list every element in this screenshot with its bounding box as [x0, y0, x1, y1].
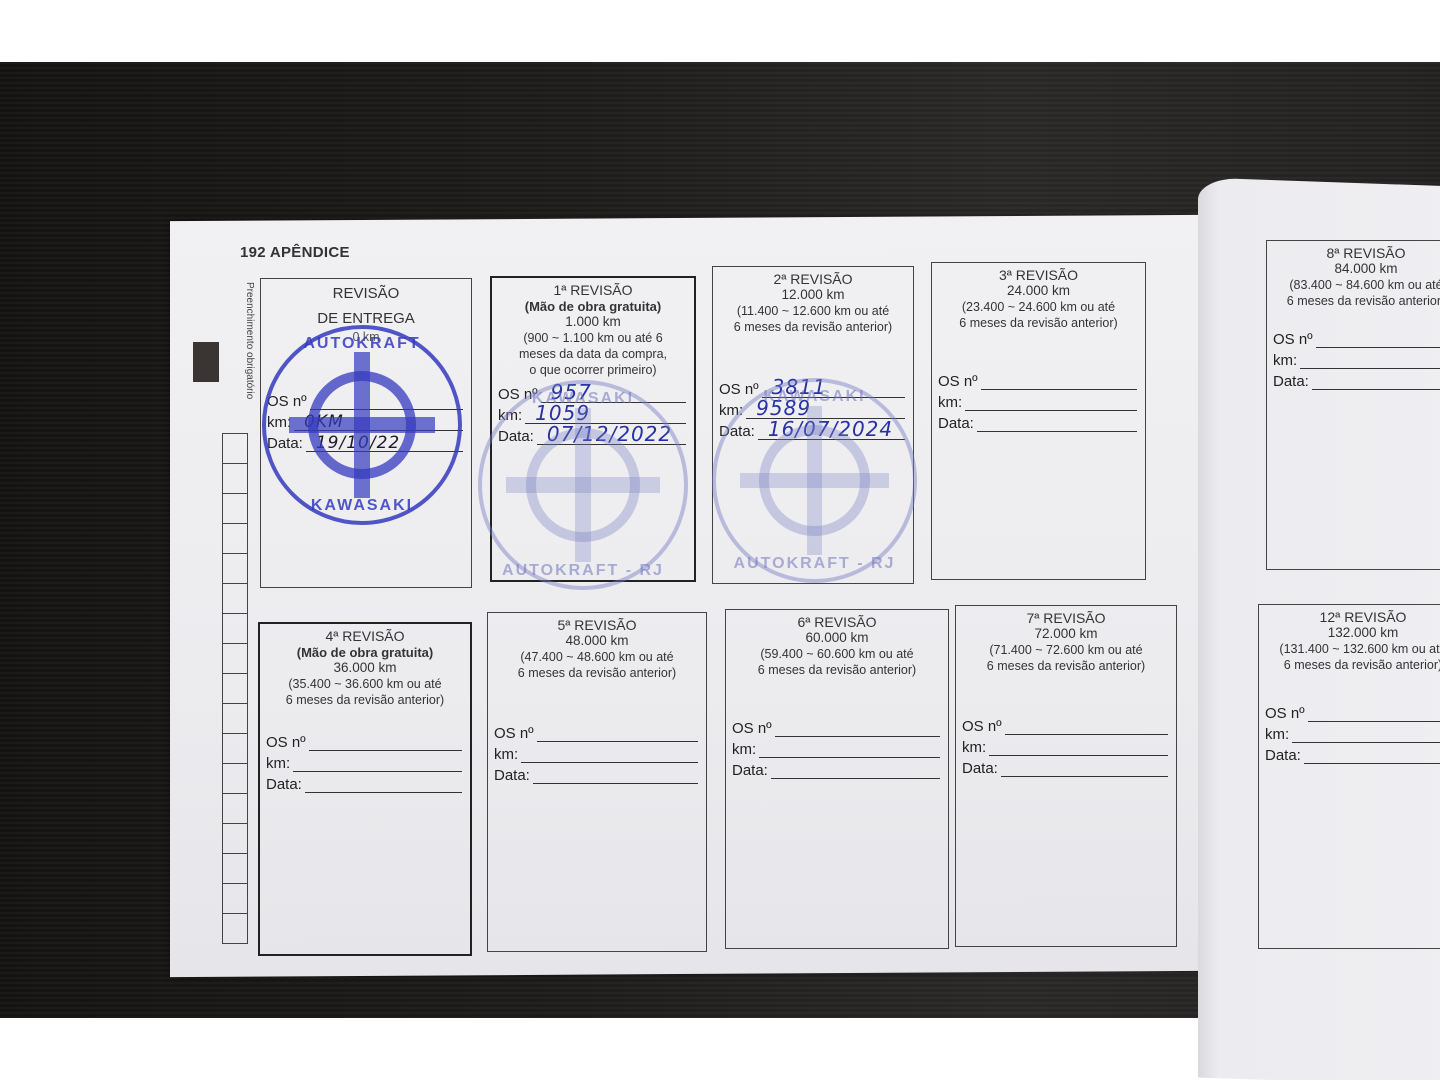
km-label: km: [962, 739, 986, 756]
revision-fields: OS nº km: Data: [938, 369, 1137, 432]
mandatory-checkbox[interactable] [222, 583, 248, 614]
os-input[interactable] [1316, 333, 1440, 348]
labor-note: (Mão de obra gratuita) [260, 645, 470, 660]
km-label: km: [719, 402, 743, 419]
page-tab-marker [193, 342, 219, 382]
revision-condition: (900 ~ 1.100 km ou até 6 [492, 330, 694, 346]
km-label: km: [1265, 726, 1289, 743]
mandatory-checkbox[interactable] [222, 883, 248, 914]
date-input[interactable] [977, 417, 1137, 432]
mandatory-checkbox[interactable] [222, 523, 248, 554]
revision-title: 7ª REVISÃO [956, 610, 1176, 626]
os-input[interactable] [537, 727, 698, 742]
revision-fields: OS nº km: Data: [962, 714, 1168, 777]
km-field[interactable]: km: [962, 735, 1168, 756]
os-label: OS nº [719, 381, 759, 398]
mandatory-checkbox[interactable] [222, 673, 248, 704]
os-label: OS nº [1265, 705, 1305, 722]
os-field[interactable]: OS nº [1273, 327, 1440, 348]
revision-fields: OS nº km: Data: [1265, 701, 1440, 764]
km-label: km: [498, 407, 522, 424]
os-input[interactable] [981, 375, 1137, 390]
km-input[interactable] [965, 396, 1137, 411]
date-input[interactable] [305, 778, 462, 793]
date-input[interactable] [1312, 375, 1440, 390]
checkbox-column [222, 434, 248, 944]
revision-condition: 6 meses da revisão anterior) [1259, 657, 1440, 673]
os-label: OS nº [938, 373, 978, 390]
date-field[interactable]: Data: [494, 763, 698, 784]
os-label: OS nº [1273, 331, 1313, 348]
os-label: OS nº [266, 734, 306, 751]
revision-box-entrega: REVISÃODE ENTREGA0 km OS nº km:0KM Data:… [260, 278, 472, 588]
mandatory-checkbox[interactable] [222, 493, 248, 524]
km-input[interactable] [1300, 354, 1440, 369]
date-label: Data: [962, 760, 998, 777]
mandatory-checkbox[interactable] [222, 703, 248, 734]
os-input[interactable] [309, 736, 462, 751]
mandatory-checkbox[interactable] [222, 763, 248, 794]
km-field[interactable]: km:1059 [498, 403, 686, 424]
os-field[interactable]: OS nº [962, 714, 1168, 735]
revision-box-rev-6: 6ª REVISÃO60.000 km(59.400 ~ 60.600 km o… [725, 609, 949, 949]
mandatory-checkbox[interactable] [222, 643, 248, 674]
revision-fields: OS nº km:0KM Data:19/10/22 [267, 389, 463, 452]
date-input[interactable] [533, 769, 698, 784]
revision-box-rev-4: 4ª REVISÃO(Mão de obra gratuita)36.000 k… [258, 622, 472, 956]
revision-km: 36.000 km [260, 660, 470, 676]
km-field[interactable]: km: [938, 390, 1137, 411]
date-field[interactable]: Data: [1265, 743, 1440, 764]
date-input[interactable] [1001, 762, 1168, 777]
revision-condition: (23.400 ~ 24.600 km ou até [932, 299, 1145, 315]
section-title: APÊNDICE [270, 244, 350, 261]
date-label: Data: [732, 762, 768, 779]
revision-box-rev-5: 5ª REVISÃO48.000 km(47.400 ~ 48.600 km o… [487, 612, 707, 952]
date-label: Data: [266, 776, 302, 793]
revision-title: 4ª REVISÃO [260, 628, 470, 644]
km-label: km: [494, 746, 518, 763]
date-field[interactable]: Data: [962, 756, 1168, 777]
revision-fields: OS nº3811 km:9589 Data:16/07/2024 [719, 377, 905, 440]
os-field[interactable]: OS nº3811 [719, 377, 905, 398]
revision-condition: 6 meses da revisão anterior) [713, 319, 913, 335]
date-label: Data: [267, 435, 303, 452]
revision-condition: 6 meses da revisão anterior) [956, 658, 1176, 674]
revision-km: 48.000 km [488, 633, 706, 649]
km-label: km: [266, 755, 290, 772]
km-field[interactable]: km:9589 [719, 398, 905, 419]
mandatory-checkbox[interactable] [222, 463, 248, 494]
revision-title: 1ª REVISÃO [492, 282, 694, 298]
date-label: Data: [498, 428, 534, 445]
os-field[interactable]: OS nº [732, 716, 940, 737]
km-input[interactable] [521, 748, 698, 763]
km-field[interactable]: km: [494, 742, 698, 763]
date-field[interactable]: Data: [938, 411, 1137, 432]
mandatory-checkbox[interactable] [222, 733, 248, 764]
date-input[interactable] [771, 764, 940, 779]
date-value: 16/07/2024 [768, 417, 893, 441]
date-field[interactable]: Data: [732, 758, 940, 779]
revision-box-rev-2: 2ª REVISÃO12.000 km(11.400 ~ 12.600 km o… [712, 266, 914, 584]
revision-title: 6ª REVISÃO [726, 614, 948, 630]
date-label: Data: [1273, 373, 1309, 390]
date-label: Data: [1265, 747, 1301, 764]
km-label: km: [1273, 352, 1297, 369]
os-field[interactable]: OS nº [266, 730, 462, 751]
revision-fields: OS nº km: Data: [732, 716, 940, 779]
date-label: Data: [938, 415, 974, 432]
os-input[interactable] [310, 395, 463, 410]
date-value: 07/12/2022 [547, 422, 672, 446]
mandatory-label: Preenchimento obrigatório [244, 282, 255, 399]
revision-box-rev-3: 3ª REVISÃO24.000 km(23.400 ~ 24.600 km o… [931, 262, 1146, 580]
revision-km: 1.000 km [492, 314, 694, 330]
km-label: km: [938, 394, 962, 411]
km-input[interactable]: 0KM [294, 416, 463, 431]
date-field[interactable]: Data:19/10/22 [267, 431, 463, 452]
km-input[interactable] [1292, 728, 1440, 743]
date-label: Data: [494, 767, 530, 784]
km-field[interactable]: km:0KM [267, 410, 463, 431]
km-field[interactable]: km: [1273, 348, 1440, 369]
km-field[interactable]: km: [732, 737, 940, 758]
km-input[interactable] [293, 757, 462, 772]
date-field[interactable]: Data:16/07/2024 [719, 419, 905, 440]
mandatory-checkbox[interactable] [222, 433, 248, 464]
date-field[interactable]: Data: [1273, 369, 1440, 390]
date-input[interactable]: 07/12/2022 [537, 430, 686, 445]
revision-title: 3ª REVISÃO [932, 267, 1145, 283]
km-input[interactable] [989, 741, 1168, 756]
revision-title: 8ª REVISÃO [1267, 245, 1440, 261]
os-input[interactable] [1005, 720, 1168, 735]
os-field[interactable]: OS nº957 [498, 382, 686, 403]
revision-fields: OS nº km: Data: [266, 730, 462, 793]
mandatory-checkbox[interactable] [222, 793, 248, 824]
os-label: OS nº [732, 720, 772, 737]
mandatory-checkbox[interactable] [222, 613, 248, 644]
revision-fields: OS nº km: Data: [1273, 327, 1440, 390]
revision-fields: OS nº957 km:1059 Data:07/12/2022 [498, 382, 686, 445]
mandatory-checkbox[interactable] [222, 853, 248, 884]
revision-title: REVISÃO [261, 283, 471, 304]
revision-condition: (59.400 ~ 60.600 km ou até [726, 646, 948, 662]
revision-condition: 6 meses da revisão anterior) [1267, 293, 1440, 309]
revision-condition: (131.400 ~ 132.600 km ou até [1259, 641, 1440, 657]
revision-km: 0 km [261, 329, 471, 345]
revision-condition: (35.400 ~ 36.600 km ou até [260, 676, 470, 692]
revision-box-rev-12: 12ª REVISÃO132.000 km(131.400 ~ 132.600 … [1258, 604, 1440, 949]
date-input[interactable]: 19/10/22 [306, 437, 463, 452]
mandatory-checkbox[interactable] [222, 913, 248, 944]
os-field[interactable]: OS nº [267, 389, 463, 410]
revision-title: 12ª REVISÃO [1259, 609, 1440, 625]
date-input[interactable] [1304, 749, 1440, 764]
revision-condition: 6 meses da revisão anterior) [932, 315, 1145, 331]
os-input[interactable] [1308, 707, 1440, 722]
os-label: OS nº [962, 718, 1002, 735]
km-label: km: [732, 741, 756, 758]
revision-condition: o que ocorrer primeiro) [492, 362, 694, 378]
revision-title: 2ª REVISÃO [713, 271, 913, 287]
revision-condition: (11.400 ~ 12.600 km ou até [713, 303, 913, 319]
date-value: 19/10/22 [316, 433, 400, 453]
os-field[interactable]: OS nº [494, 721, 698, 742]
revision-km: 24.000 km [932, 283, 1145, 299]
revision-km: 12.000 km [713, 287, 913, 303]
os-field[interactable]: OS nº [938, 369, 1137, 390]
date-label: Data: [719, 423, 755, 440]
revision-title: 5ª REVISÃO [488, 617, 706, 633]
km-field[interactable]: km: [266, 751, 462, 772]
revision-box-rev-8: 8ª REVISÃO84.000 km(83.400 ~ 84.600 km o… [1266, 240, 1440, 570]
revision-condition: meses da data da compra, [492, 346, 694, 362]
revision-fields: OS nº km: Data: [494, 721, 698, 784]
revision-condition: 6 meses da revisão anterior) [726, 662, 948, 678]
os-label: OS nº [494, 725, 534, 742]
revision-km: 72.000 km [956, 626, 1176, 642]
revision-km: 60.000 km [726, 630, 948, 646]
revision-box-rev-7: 7ª REVISÃO72.000 km(71.400 ~ 72.600 km o… [955, 605, 1177, 947]
mandatory-checkbox[interactable] [222, 553, 248, 584]
revision-km: 84.000 km [1267, 261, 1440, 277]
km-label: km: [267, 414, 291, 431]
revision-condition: (71.400 ~ 72.600 km ou até [956, 642, 1176, 658]
page-number: 192 [240, 244, 266, 261]
revision-title: DE ENTREGA [261, 308, 471, 329]
km-field[interactable]: km: [1265, 722, 1440, 743]
revision-condition: 6 meses da revisão anterior) [488, 665, 706, 681]
os-label: OS nº [498, 386, 538, 403]
date-field[interactable]: Data: [266, 772, 462, 793]
page-header: 192 APÊNDICE [240, 244, 350, 261]
labor-note: (Mão de obra gratuita) [492, 299, 694, 314]
km-value: 0KM [304, 412, 344, 432]
km-input[interactable] [759, 743, 940, 758]
revision-box-rev-1: 1ª REVISÃO(Mão de obra gratuita)1.000 km… [490, 276, 696, 582]
os-label: OS nº [267, 393, 307, 410]
revision-condition: 6 meses da revisão anterior) [260, 692, 470, 708]
os-input[interactable] [775, 722, 940, 737]
date-field[interactable]: Data:07/12/2022 [498, 424, 686, 445]
os-field[interactable]: OS nº [1265, 701, 1440, 722]
mandatory-checkbox[interactable] [222, 823, 248, 854]
date-input[interactable]: 16/07/2024 [758, 425, 905, 440]
revision-condition: (47.400 ~ 48.600 km ou até [488, 649, 706, 665]
revision-condition: (83.400 ~ 84.600 km ou até [1267, 277, 1440, 293]
revision-km: 132.000 km [1259, 625, 1440, 641]
